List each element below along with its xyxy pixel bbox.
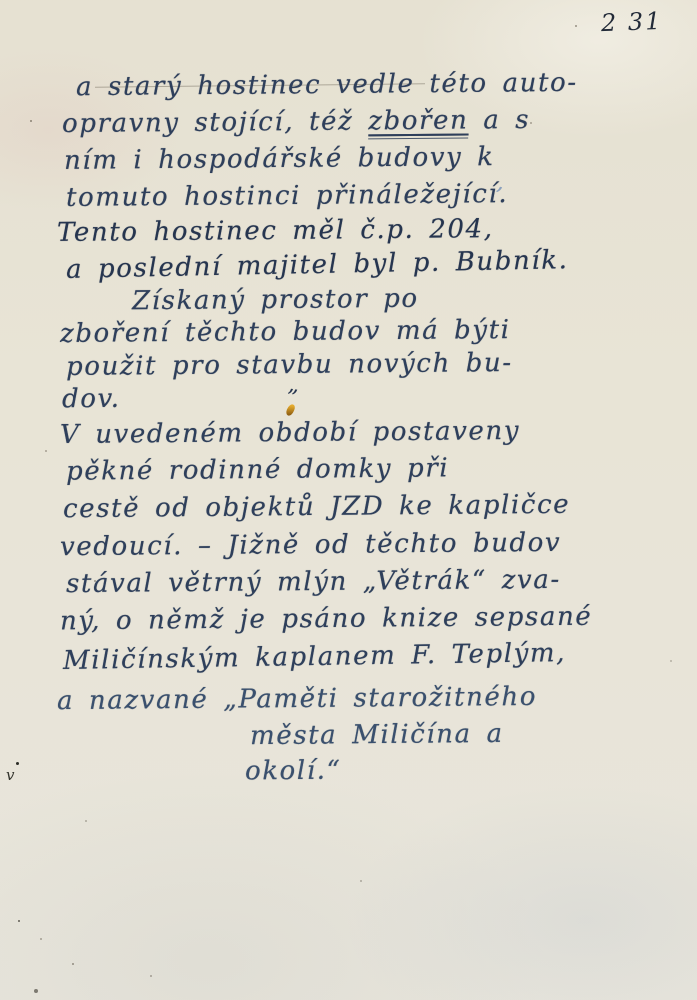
handwritten-line: a nazvané „Paměti starožitného: [57, 684, 537, 714]
underlined-word: zbořen: [368, 105, 468, 139]
handwritten-line: města Miličína a: [250, 721, 504, 749]
handwritten-line: V uvedeném období postaveny: [60, 418, 520, 448]
handwritten-line: okolí.“: [245, 758, 342, 785]
handwritten-line: stával větrný mlýn „Větrák“ zva-: [66, 567, 561, 597]
paper-specks: [30, 120, 32, 122]
handwritten-line: vedoucí. – Jižně od těchto budov: [60, 530, 561, 560]
handwritten-line: ný, o němž je psáno knize sepsané: [60, 604, 593, 635]
handwritten-line: a poslední majitel byl p. Bubník.: [66, 247, 569, 283]
manuscript-page: 2 31 a starý hostinec vedle této auto- o…: [0, 0, 697, 1000]
handwritten-line: a starý hostinec vedle této auto-: [76, 70, 578, 100]
handwritten-line: Tento hostinec měl č.p. 204,: [57, 216, 494, 246]
handwritten-line: Miličínským kaplanem F. Teplým,: [63, 640, 566, 674]
page-number: 2 31: [601, 7, 663, 37]
handwritten-line: pěkné rodinné domky při: [66, 455, 449, 484]
margin-pencil-mark: v: [6, 766, 14, 784]
handwritten-line: tomuto hostinci přináležející.: [66, 181, 508, 211]
handwritten-line: Získaný prostor po: [132, 286, 419, 315]
handwritten-line: zboření těchto budov má býti: [60, 317, 511, 347]
handwritten-line: použit pro stavbu nových bu-: [66, 350, 513, 380]
line-text: a s: [468, 105, 530, 136]
handwritten-line: ním i hospodářské budovy k: [64, 144, 495, 174]
margin-pencil-dot: [16, 762, 19, 765]
handwritten-line: opravny stojící, též zbořen a s: [62, 107, 530, 137]
line-text: opravny stojící, též: [62, 106, 369, 139]
handwritten-line: cestě od objektů JZD ke kapličce: [63, 492, 570, 522]
handwritten-line: dov.: [62, 386, 121, 413]
